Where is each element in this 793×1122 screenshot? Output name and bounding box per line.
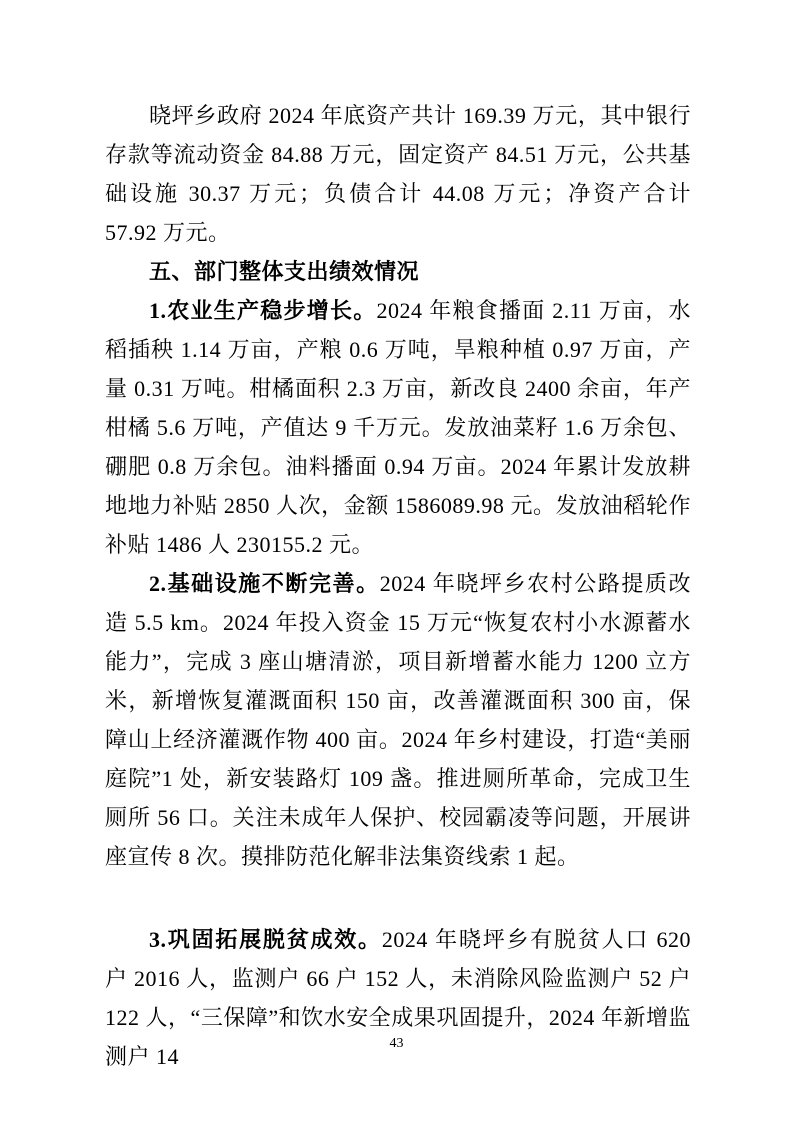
blank-line-spacer	[105, 876, 691, 920]
document-page: 晓坪乡政府 2024 年底资产共计 169.39 万元，其中银行存款等流动资金 …	[0, 0, 793, 1122]
item-2-lead: 2.基础设施不断完善。	[149, 571, 380, 596]
section-heading: 五、部门整体支出绩效情况	[105, 252, 691, 291]
item-3-paragraph: 3.巩固拓展脱贫成效。2024 年晓坪乡有脱贫人口 620 户 2016 人，监…	[105, 920, 691, 1076]
item-1-text: 2024 年粮食播面 2.11 万亩，水稻插秧 1.14 万亩，产粮 0.6 万…	[105, 298, 691, 557]
item-2-text: 2024 年晓坪乡农村公路提质改造 5.5 km。2024 年投入资金 15 万…	[105, 571, 691, 869]
intro-paragraph: 晓坪乡政府 2024 年底资产共计 169.39 万元，其中银行存款等流动资金 …	[105, 96, 691, 252]
page-footer: 43	[0, 1034, 793, 1052]
item-3-lead: 3.巩固拓展脱贫成效。	[149, 927, 382, 952]
item-1-lead: 1.农业生产稳步增长。	[149, 298, 377, 323]
page-number: 43	[390, 1036, 404, 1051]
document-body: 晓坪乡政府 2024 年底资产共计 169.39 万元，其中银行存款等流动资金 …	[105, 96, 691, 1076]
item-1-paragraph: 1.农业生产稳步增长。2024 年粮食播面 2.11 万亩，水稻插秧 1.14 …	[105, 291, 691, 564]
item-2-paragraph: 2.基础设施不断完善。2024 年晓坪乡农村公路提质改造 5.5 km。2024…	[105, 564, 691, 876]
